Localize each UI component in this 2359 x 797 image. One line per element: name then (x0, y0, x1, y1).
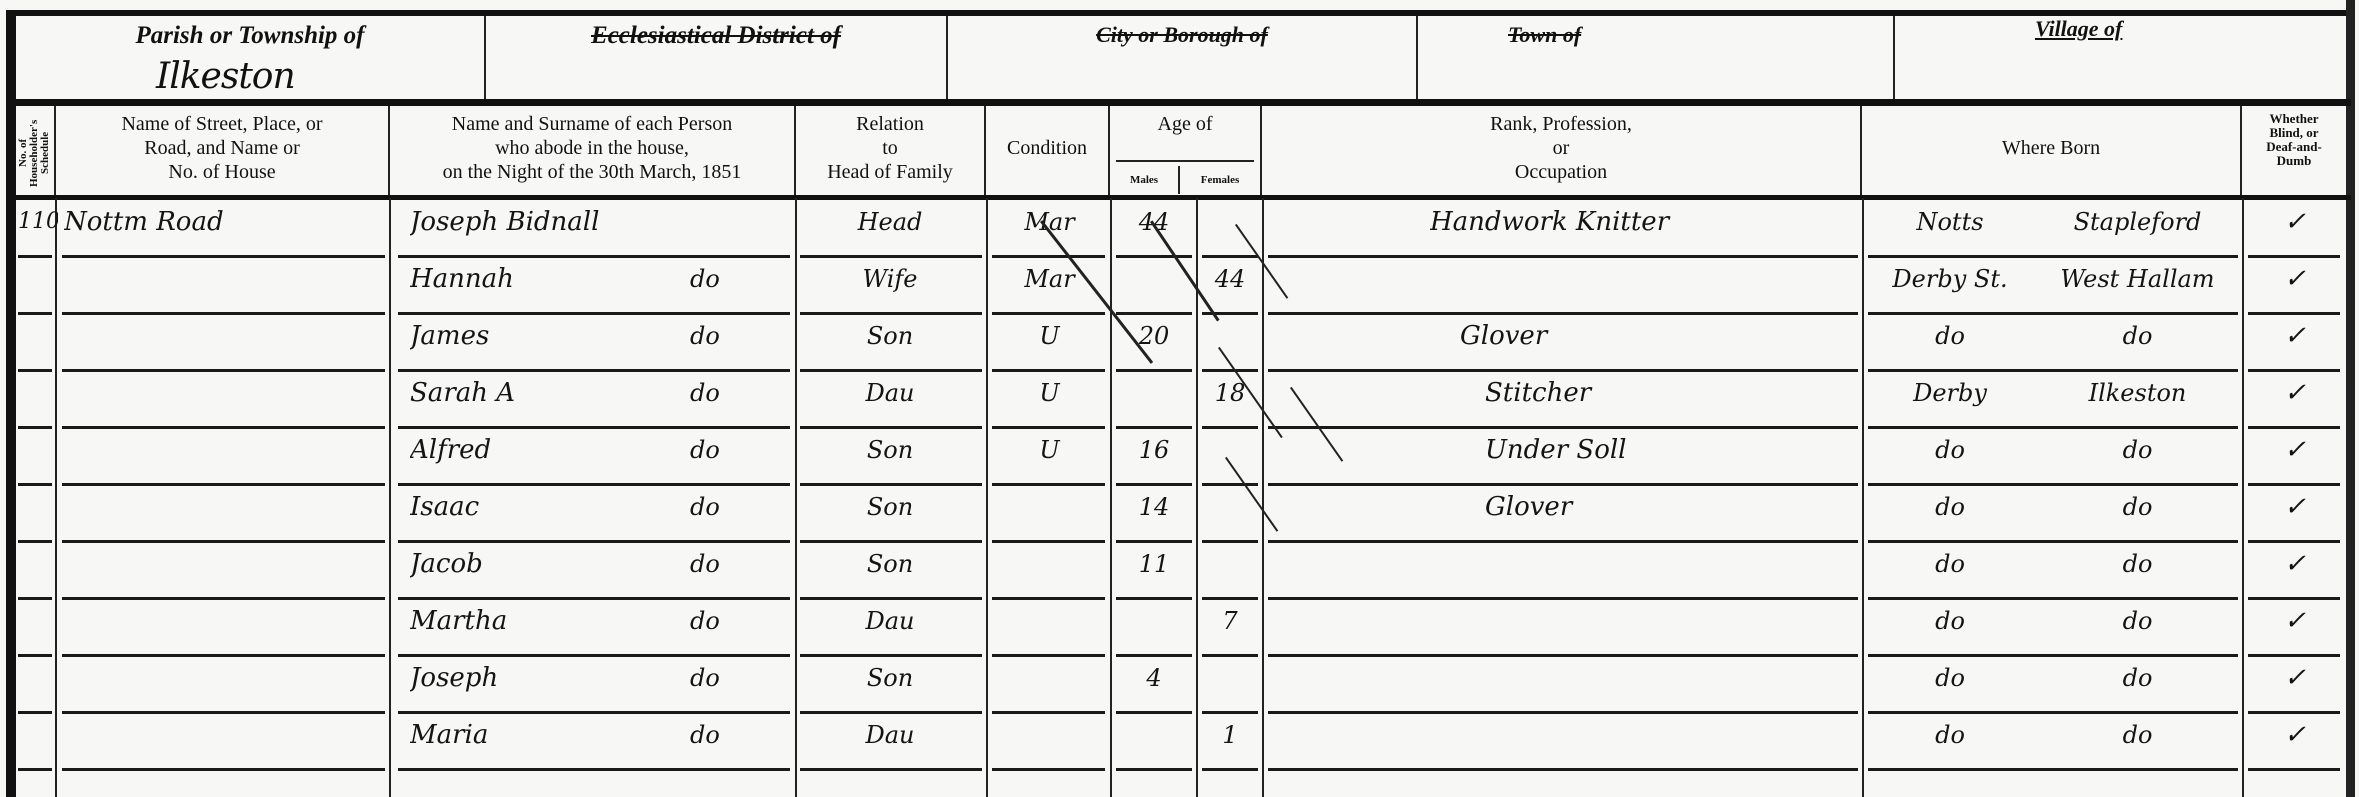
cell-born-county: Derby St. (1870, 251, 2030, 307)
col-line (795, 198, 797, 797)
cell-street (64, 251, 384, 307)
cell-age-male: 4 (1114, 650, 1194, 706)
cell-born-place: do (2040, 422, 2235, 478)
col-blind: Whether Blind, or Deaf-and- Dumb (2242, 106, 2346, 198)
cell-born-place: Stapleford (2040, 194, 2235, 250)
row-rule (18, 768, 52, 771)
cell-schedule (18, 593, 58, 649)
parish-value: Ilkeston (156, 56, 295, 97)
col-where-born-label: Where Born (1862, 136, 2240, 160)
row-rule (992, 768, 1105, 771)
village-label: Village of (1895, 16, 2359, 42)
cell-age-male (1114, 251, 1194, 307)
cell-blind: ✓ (2250, 479, 2340, 535)
cell-age-female (1200, 479, 1260, 535)
cell-name-ditto: do (690, 251, 780, 307)
cell-age-male (1114, 365, 1194, 421)
col-street-line-2: Road, and Name or (56, 136, 388, 160)
cell-relation: Son (800, 650, 980, 706)
cell-name-ditto: do (690, 536, 780, 592)
cell-name: Maria (410, 707, 660, 763)
cell-born-place: do (2040, 536, 2235, 592)
cell-blind: ✓ (2250, 650, 2340, 706)
cell-condition: U (992, 365, 1107, 421)
cell-street (64, 422, 384, 478)
cell-schedule (18, 422, 58, 478)
col-males-label: Males (1110, 166, 1180, 194)
town-cell: Town of (1418, 16, 1895, 100)
col-name-line-1: Name and Surname of each Person (390, 112, 794, 136)
cell-name: Alfred (410, 422, 660, 478)
col-blind-line-4: Dumb (2242, 154, 2346, 168)
cell-relation: Dau (800, 707, 980, 763)
ecclesiastical-cell: Ecclesiastical District of (486, 16, 948, 100)
row-rule (2248, 768, 2340, 771)
cell-blind: ✓ (2250, 308, 2340, 364)
col-age-label: Age of (1110, 112, 1260, 136)
cell-born-place: do (2040, 593, 2235, 649)
cell-born-county: Derby (1870, 365, 2030, 421)
cell-schedule: 110 (18, 194, 58, 250)
parish-label: Parish or Township of (16, 22, 484, 50)
col-where-born: Where Born (1862, 106, 2242, 198)
cell-name-ditto: do (690, 479, 780, 535)
cell-name-ditto: do (690, 365, 780, 421)
cell-street (64, 479, 384, 535)
cell-condition: Mar (992, 251, 1107, 307)
cell-age-female (1200, 536, 1260, 592)
city-label: City or Borough of (948, 22, 1416, 48)
col-name: Name and Surname of each Person who abod… (390, 106, 796, 198)
cell-born-county: do (1870, 593, 2030, 649)
cell-age-female (1200, 650, 1260, 706)
cell-occupation (1300, 707, 1840, 763)
cell-schedule (18, 707, 58, 763)
cell-born-place: do (2040, 308, 2235, 364)
left-border (6, 14, 16, 797)
col-age: Age of Males Females (1110, 106, 1262, 198)
col-name-line-3: on the Night of the 30th March, 1851 (390, 160, 794, 184)
cell-name-ditto: do (690, 593, 780, 649)
cell-age-male (1114, 593, 1194, 649)
cell-condition (992, 593, 1107, 649)
cell-condition (992, 650, 1107, 706)
cell-schedule (18, 650, 58, 706)
cell-age-male: 20 (1114, 308, 1194, 364)
cell-condition: U (992, 422, 1107, 478)
col-street: Name of Street, Place, or Road, and Name… (56, 106, 390, 198)
cell-relation: Dau (800, 365, 980, 421)
cell-born-county: do (1870, 422, 2030, 478)
cell-name-ditto (690, 194, 780, 250)
cell-name: Joseph (410, 650, 660, 706)
cell-condition (992, 479, 1107, 535)
cell-born-county: do (1870, 308, 2030, 364)
cell-age-female (1200, 422, 1260, 478)
col-relation-line-3: Head of Family (796, 160, 984, 184)
cell-relation: Son (800, 479, 980, 535)
cell-condition (992, 536, 1107, 592)
cell-born-place: West Hallam (2040, 251, 2235, 307)
col-occupation-line-3: Occupation (1262, 160, 1860, 184)
col-occupation-line-1: Rank, Profession, (1262, 112, 1860, 136)
cell-relation: Wife (800, 251, 980, 307)
cell-born-place: do (2040, 650, 2235, 706)
cell-born-county: do (1870, 536, 2030, 592)
cell-name-ditto: do (690, 422, 780, 478)
cell-born-place: do (2040, 479, 2235, 535)
cell-name: Joseph Bidnall (410, 194, 660, 250)
cell-street (64, 536, 384, 592)
row-rule (1202, 768, 1258, 771)
col-females-label: Females (1180, 166, 1260, 194)
cell-name: Isaac (410, 479, 660, 535)
cell-blind: ✓ (2250, 707, 2340, 763)
cell-age-female: 1 (1200, 707, 1260, 763)
cell-born-county: do (1870, 479, 2030, 535)
age-rule (1116, 160, 1254, 162)
row-rule (800, 768, 982, 771)
col-line (2242, 198, 2244, 797)
cell-born-place: Ilkeston (2040, 365, 2235, 421)
cell-age-male: 11 (1114, 536, 1194, 592)
cell-age-female (1200, 308, 1260, 364)
cell-street: Nottm Road (64, 194, 384, 250)
col-blind-line-3: Deaf-and- (2242, 140, 2346, 154)
col-street-line-3: No. of House (56, 160, 388, 184)
col-occupation: Rank, Profession, or Occupation (1262, 106, 1862, 198)
cell-age-female: 44 (1200, 251, 1260, 307)
col-condition: Condition (986, 106, 1110, 198)
cell-street (64, 308, 384, 364)
col-relation: Relation to Head of Family (796, 106, 986, 198)
row-rule (62, 768, 385, 771)
cell-occupation (1300, 650, 1840, 706)
city-cell: City or Borough of (948, 16, 1418, 100)
cell-relation: Son (800, 536, 980, 592)
tally-stroke (1290, 387, 1343, 462)
cell-blind: ✓ (2250, 251, 2340, 307)
row-rule (1868, 768, 2238, 771)
cell-schedule (18, 251, 58, 307)
cell-name: James (410, 308, 660, 364)
cell-relation: Son (800, 308, 980, 364)
cell-schedule (18, 365, 58, 421)
col-blind-line-2: Blind, or (2242, 126, 2346, 140)
col-relation-line-2: to (796, 136, 984, 160)
cell-blind: ✓ (2250, 593, 2340, 649)
row-rule (1268, 768, 1858, 771)
cell-name: Jacob (410, 536, 660, 592)
header-divider (6, 99, 2351, 106)
cell-occupation (1300, 536, 1840, 592)
cell-street (64, 365, 384, 421)
right-border (2346, 0, 2355, 797)
col-line (1262, 198, 1264, 797)
cell-occupation (1300, 251, 1840, 307)
col-name-line-2: who abode in the house, (390, 136, 794, 160)
village-cell: Village of (1895, 16, 2346, 100)
col-line (1110, 198, 1112, 797)
col-line (986, 198, 988, 797)
cell-name-ditto: do (690, 650, 780, 706)
col-occupation-line-2: or (1262, 136, 1860, 160)
cell-relation: Son (800, 422, 980, 478)
cell-schedule (18, 536, 58, 592)
cell-street (64, 650, 384, 706)
cell-name-ditto: do (690, 308, 780, 364)
cell-schedule (18, 308, 58, 364)
parish-cell: Parish or Township of Ilkeston (16, 16, 486, 100)
cell-blind: ✓ (2250, 536, 2340, 592)
cell-name: Martha (410, 593, 660, 649)
row-rule (1116, 768, 1192, 771)
cell-name: Sarah A (410, 365, 660, 421)
cell-condition: U (992, 308, 1107, 364)
col-schedule-label: No. of Householder's Schedule (18, 112, 52, 194)
cell-condition: Mar (992, 194, 1107, 250)
cell-relation: Head (800, 194, 980, 250)
cell-blind: ✓ (2250, 422, 2340, 478)
cell-relation: Dau (800, 593, 980, 649)
ecclesiastical-label: Ecclesiastical District of (486, 22, 946, 50)
cell-born-place: do (2040, 707, 2235, 763)
cell-blind: ✓ (2250, 194, 2340, 250)
cell-occupation (1300, 593, 1840, 649)
cell-name: Hannah (410, 251, 660, 307)
cell-name-ditto: do (690, 707, 780, 763)
col-street-line-1: Name of Street, Place, or (56, 112, 388, 136)
cell-blind: ✓ (2250, 365, 2340, 421)
col-condition-label: Condition (986, 136, 1108, 160)
cell-age-female: 7 (1200, 593, 1260, 649)
cell-street (64, 593, 384, 649)
census-sheet: Parish or Township of Ilkeston Ecclesias… (0, 0, 2359, 797)
col-relation-line-1: Relation (796, 112, 984, 136)
cell-condition (992, 707, 1107, 763)
cell-age-male (1114, 707, 1194, 763)
cell-born-county: do (1870, 707, 2030, 763)
district-header: Parish or Township of Ilkeston Ecclesias… (16, 16, 2346, 100)
col-line (389, 198, 391, 797)
cell-born-county: do (1870, 650, 2030, 706)
cell-street (64, 707, 384, 763)
col-blind-line-1: Whether (2242, 112, 2346, 126)
cell-age-female (1200, 194, 1260, 250)
row-rule (398, 768, 790, 771)
cell-age-male: 14 (1114, 479, 1194, 535)
cell-born-county: Notts (1870, 194, 2030, 250)
cell-schedule (18, 479, 58, 535)
cell-age-male: 16 (1114, 422, 1194, 478)
